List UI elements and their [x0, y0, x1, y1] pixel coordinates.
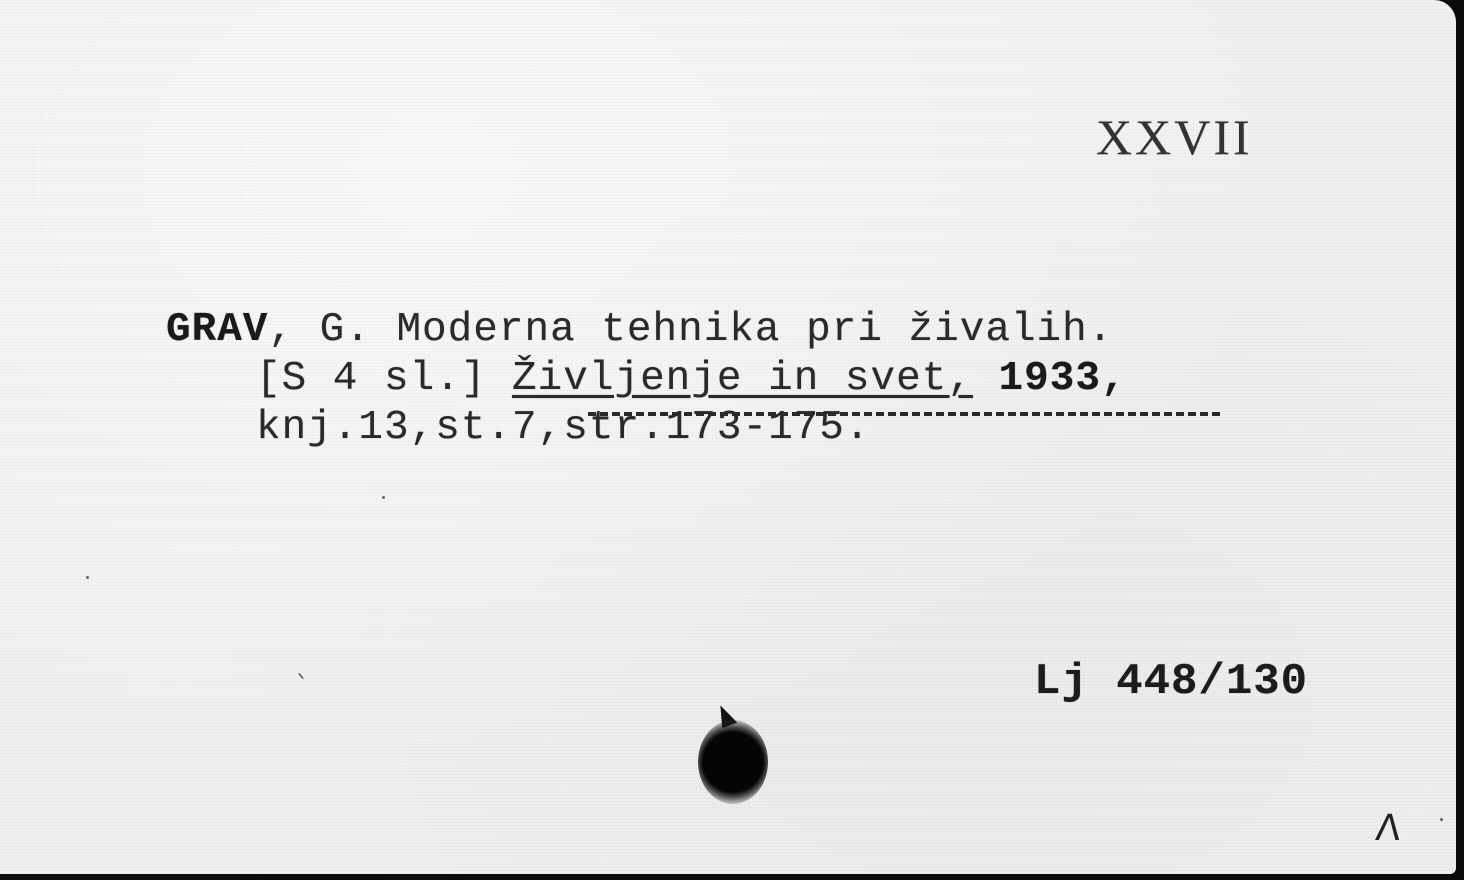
- entry-line-author-title: GRAV, G. Moderna tehnika pri živalih.: [166, 310, 1113, 351]
- speck: [86, 576, 89, 579]
- call-number: Lj 448/130: [1034, 660, 1308, 704]
- journal-title: Življenje in svet,: [512, 356, 973, 402]
- author-surname: GRAV: [166, 307, 268, 353]
- catalog-card: XXVII GRAV, G. Moderna tehnika pri žival…: [0, 0, 1456, 874]
- speck: [1440, 818, 1443, 821]
- speck: [382, 496, 385, 499]
- title-text: , G. Moderna tehnika pri živalih.: [268, 307, 1113, 353]
- class-mark: XXVII: [1096, 112, 1253, 162]
- speck: [298, 672, 305, 679]
- typed-underline-rule: [588, 412, 1220, 416]
- handwritten-mark: Λ: [1374, 808, 1403, 849]
- publication-year: 1933,: [973, 356, 1127, 402]
- illustrations-note: [S 4 sl.]: [256, 356, 512, 402]
- punch-hole: [698, 720, 768, 804]
- entry-line-source: [S 4 sl.] Življenje in svet, 1933,: [256, 359, 1127, 400]
